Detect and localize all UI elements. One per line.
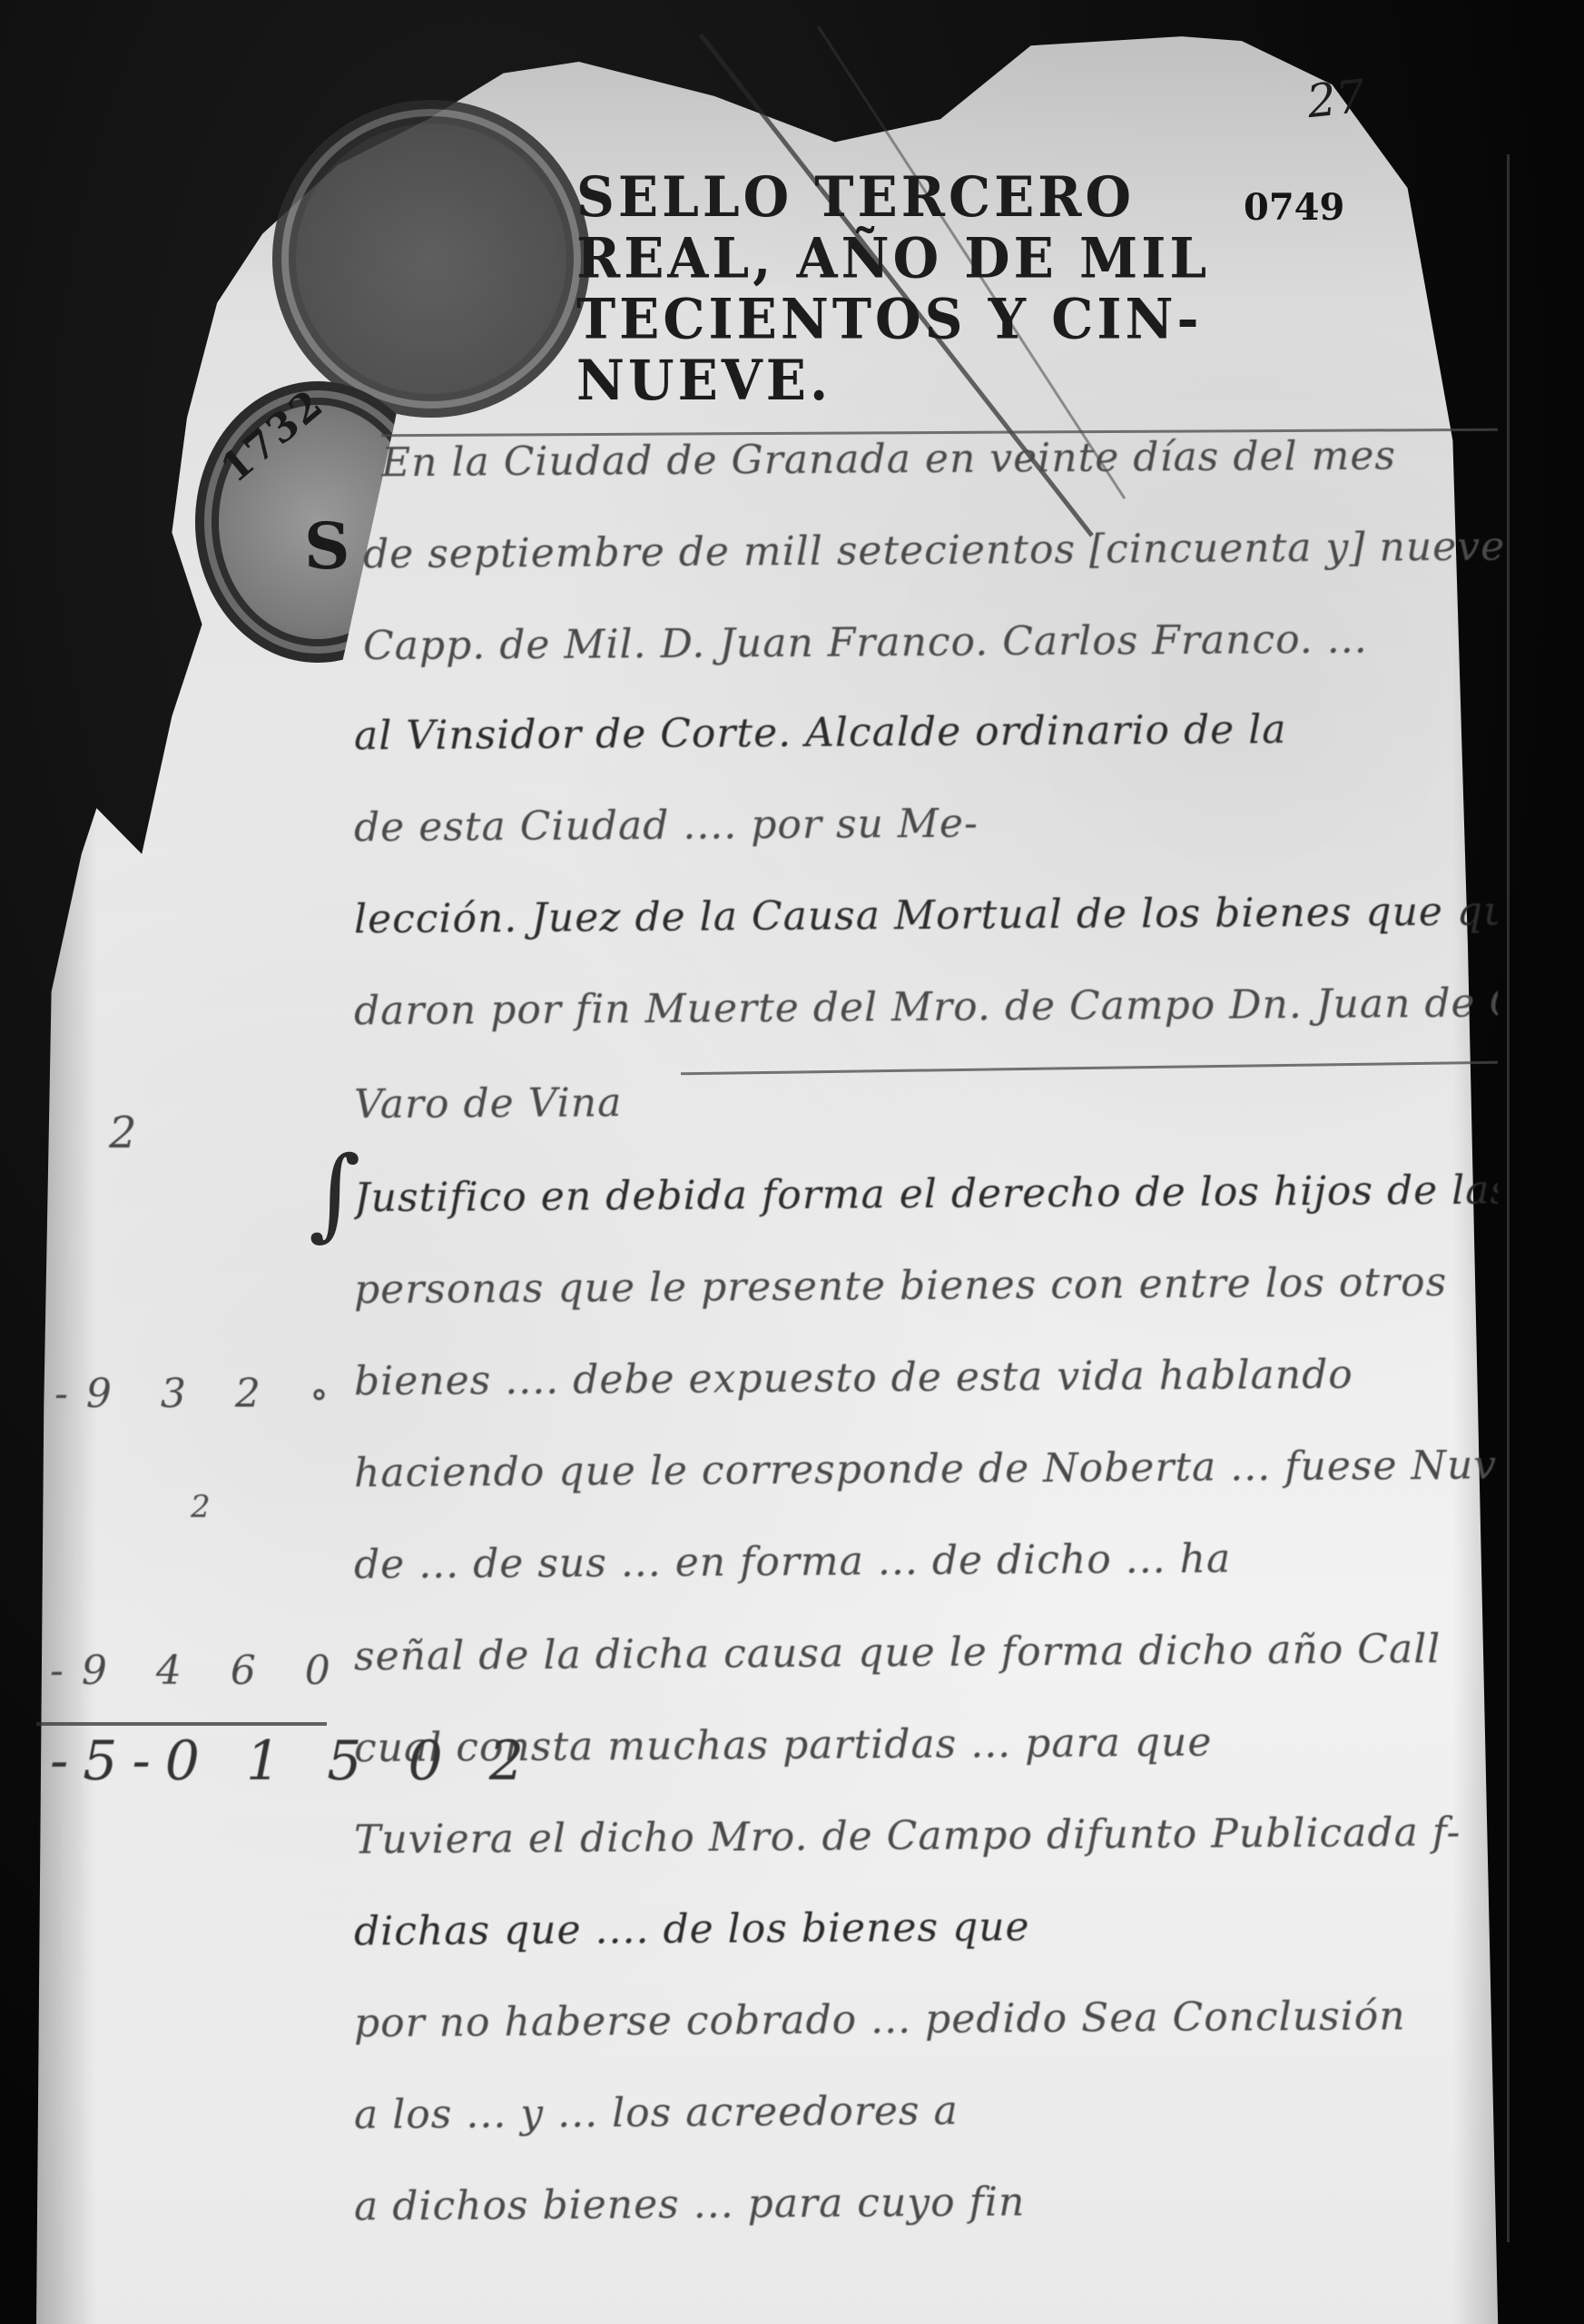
margin-figure: -5-0 1 5 0 2	[50, 1729, 538, 1793]
stamp-header-line: Sello Tercero	[576, 167, 1210, 228]
handwritten-line: dichas que .... de los bienes que	[354, 1901, 1498, 1955]
margin-figure: 2	[191, 1489, 211, 1525]
stamp-header-line: Tecientos y Cin-	[576, 289, 1210, 350]
seal-initial: S	[304, 508, 350, 584]
scanned-manuscript-page: 1732 S 27 0749 Sello Tercero Real, Año d…	[0, 0, 1584, 2324]
handwritten-line: de septiembre de mill setecientos [cincu…	[363, 524, 1507, 578]
stamp-header-line: Nueve.	[576, 350, 1210, 410]
handwritten-line: Varo de Vina	[354, 1074, 1498, 1128]
wax-seal-top	[272, 100, 590, 418]
handwritten-line: personas que le presente bienes con entr…	[354, 1259, 1498, 1314]
handwritten-line: de ... de sus ... en forma ... de dicho …	[354, 1534, 1498, 1589]
handwritten-line: señal de la dicha causa que le forma dic…	[354, 1626, 1498, 1680]
handwritten-line: haciendo que le corresponde de Noberta .…	[354, 1443, 1498, 1497]
margin-figure: -9 3 2 ∘	[54, 1371, 347, 1417]
margin-figure: -9 4 6 0	[50, 1648, 349, 1694]
stamp-header-line: Real, Año de Mil	[576, 228, 1210, 289]
handwritten-line: Justifico en debida forma el derecho de …	[354, 1167, 1498, 1222]
folio-number: 27	[1304, 70, 1367, 128]
margin-rule	[36, 1722, 327, 1726]
document-number: 0749	[1244, 186, 1344, 229]
handwritten-line: Capp. de Mil. D. Juan Franco. Carlos Fra…	[363, 615, 1507, 670]
handwritten-line: al Vinsidor de Corte. Alcalde ordinario …	[354, 705, 1498, 760]
handwritten-line: Tuviera el dicho Mro. de Campo difunto P…	[354, 1809, 1498, 1864]
paragraph-mark: ∫	[309, 1135, 360, 1251]
handwritten-line: a dichos bienes ... para cuyo fin	[354, 2176, 1498, 2230]
margin-figure: 2	[109, 1108, 137, 1158]
handwritten-body: En la Ciudad de Granada en veinte días d…	[363, 436, 1507, 2226]
handwritten-line: de esta Ciudad .... por su Me-	[354, 797, 1498, 852]
handwritten-line: bienes .... debe expuesto de esta vida h…	[354, 1351, 1498, 1405]
handwritten-line: a los ... y ... los acreedores a	[354, 2084, 1498, 2139]
handwritten-line: daron por fin Muerte del Mro. de Campo D…	[354, 980, 1498, 1035]
handwritten-line: lección. Juez de la Causa Mortual de los…	[354, 889, 1498, 943]
handwritten-line: por no haberse cobrado ... pedido Sea Co…	[354, 1993, 1498, 2047]
stamped-paper-header: Sello Tercero Real, Año de Mil Tecientos…	[576, 167, 1210, 411]
handwritten-line: En la Ciudad de Granada en veinte días d…	[381, 432, 1525, 487]
